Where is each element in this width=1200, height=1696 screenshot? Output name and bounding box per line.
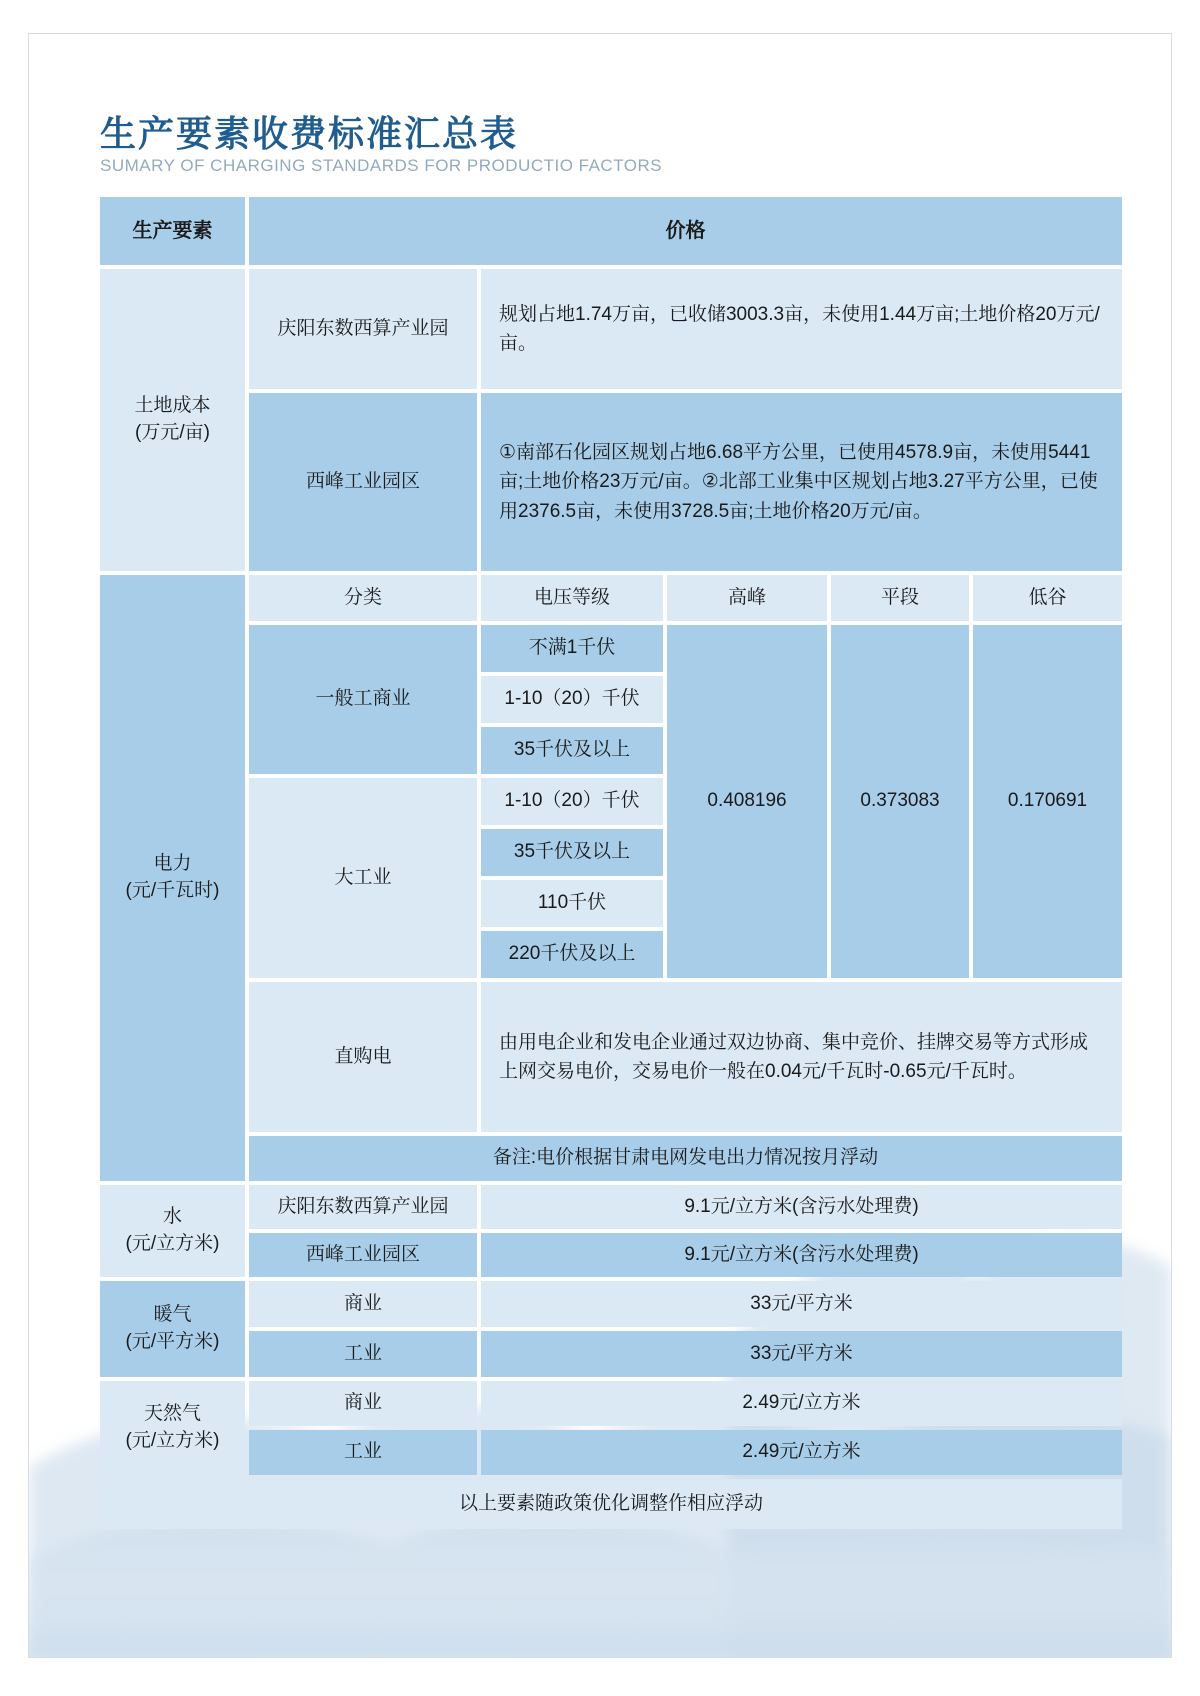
header-price-cell: 价格 bbox=[249, 197, 1122, 265]
heating-label-cell: 暖气 (元/平方米) bbox=[100, 1281, 245, 1377]
heating-row-value: 33元/平方米 bbox=[481, 1281, 1122, 1327]
land-row-desc: 规划占地1.74万亩，已收储3003.3亩，未使用1.44万亩;土地价格20万元… bbox=[481, 269, 1122, 389]
water-row-value: 9.1元/立方米(含污水处理费) bbox=[481, 1185, 1122, 1229]
charging-standards-table: 生产要素 价格 土地成本 (万元/亩) 庆阳东数西算产业园 规划占地1.74万亩… bbox=[100, 197, 1122, 1529]
gas-label: 天然气 bbox=[144, 1401, 201, 1428]
electricity-note-cell: 备注:电价根据甘肃电网发电出力情况按月浮动 bbox=[249, 1136, 1122, 1181]
gas-label-cell: 天然气 (元/立方米) bbox=[100, 1381, 245, 1475]
header-factor-cell: 生产要素 bbox=[100, 197, 245, 265]
valley-price-cell: 0.170691 bbox=[973, 625, 1122, 978]
voltage-cell: 110千伏 bbox=[481, 880, 663, 927]
voltage-cell: 不满1千伏 bbox=[481, 625, 663, 672]
page: 生产要素收费标准汇总表 SUMARY OF CHARGING STANDARDS… bbox=[0, 0, 1200, 1696]
land-cost-label: 土地成本 bbox=[134, 393, 210, 420]
gas-row-value: 2.49元/立方米 bbox=[481, 1381, 1122, 1426]
land-row-name: 庆阳东数西算产业园 bbox=[249, 269, 477, 389]
heating-row-value: 33元/平方米 bbox=[481, 1331, 1122, 1377]
page-title: 生产要素收费标准汇总表 bbox=[100, 106, 518, 157]
flat-price-cell: 0.373083 bbox=[831, 625, 969, 978]
heating-unit: (元/平方米) bbox=[126, 1329, 220, 1356]
water-row-name: 庆阳东数西算产业园 bbox=[249, 1185, 477, 1229]
water-row-value: 9.1元/立方米(含污水处理费) bbox=[481, 1233, 1122, 1277]
electricity-unit: (元/千瓦时) bbox=[126, 878, 220, 905]
voltage-cell: 35千伏及以上 bbox=[481, 829, 663, 876]
water-label-cell: 水 (元/立方米) bbox=[100, 1185, 245, 1277]
electricity-label: 电力 bbox=[153, 851, 191, 878]
peak-price-cell: 0.408196 bbox=[667, 625, 827, 978]
land-row-desc: ①南部石化园区规划占地6.68平方公里，已使用4578.9亩，未使用5441亩;… bbox=[481, 393, 1122, 571]
heating-row-name: 工业 bbox=[249, 1331, 477, 1377]
voltage-cell: 1-10（20）千伏 bbox=[481, 778, 663, 825]
subheader-peak-cell: 高峰 bbox=[667, 575, 827, 621]
gas-unit: (元/立方米) bbox=[126, 1428, 220, 1455]
water-unit: (元/立方米) bbox=[126, 1231, 220, 1258]
gas-row-name: 商业 bbox=[249, 1381, 477, 1426]
land-cost-unit: (万元/亩) bbox=[135, 420, 210, 447]
water-row-name: 西峰工业园区 bbox=[249, 1233, 477, 1277]
water-label: 水 bbox=[163, 1204, 182, 1231]
voltage-cell: 220千伏及以上 bbox=[481, 931, 663, 978]
direct-purchase-cell: 直购电 bbox=[249, 982, 477, 1132]
heating-row-name: 商业 bbox=[249, 1281, 477, 1327]
voltage-cell: 1-10（20）千伏 bbox=[481, 676, 663, 723]
direct-purchase-desc: 由用电企业和发电企业通过双边协商、集中竞价、挂牌交易等方式形成上网交易电价，交易… bbox=[481, 982, 1122, 1132]
gas-row-name: 工业 bbox=[249, 1430, 477, 1475]
page-subtitle: SUMARY OF CHARGING STANDARDS FOR PRODUCT… bbox=[100, 156, 662, 176]
general-commercial-cell: 一般工商业 bbox=[249, 625, 477, 774]
electricity-label-cell: 电力 (元/千瓦时) bbox=[100, 575, 245, 1181]
table-footer-note: 以上要素随政策优化调整作相应浮动 bbox=[100, 1479, 1122, 1529]
large-industry-cell: 大工业 bbox=[249, 778, 477, 978]
voltage-cell: 35千伏及以上 bbox=[481, 727, 663, 774]
gas-row-value: 2.49元/立方米 bbox=[481, 1430, 1122, 1475]
subheader-voltage-cell: 电压等级 bbox=[481, 575, 663, 621]
land-row-name: 西峰工业园区 bbox=[249, 393, 477, 571]
subheader-category-cell: 分类 bbox=[249, 575, 477, 621]
heating-label: 暖气 bbox=[153, 1302, 191, 1329]
document-card: 生产要素收费标准汇总表 SUMARY OF CHARGING STANDARDS… bbox=[28, 33, 1172, 1658]
subheader-flat-cell: 平段 bbox=[831, 575, 969, 621]
subheader-valley-cell: 低谷 bbox=[973, 575, 1122, 621]
land-cost-label-cell: 土地成本 (万元/亩) bbox=[100, 269, 245, 571]
